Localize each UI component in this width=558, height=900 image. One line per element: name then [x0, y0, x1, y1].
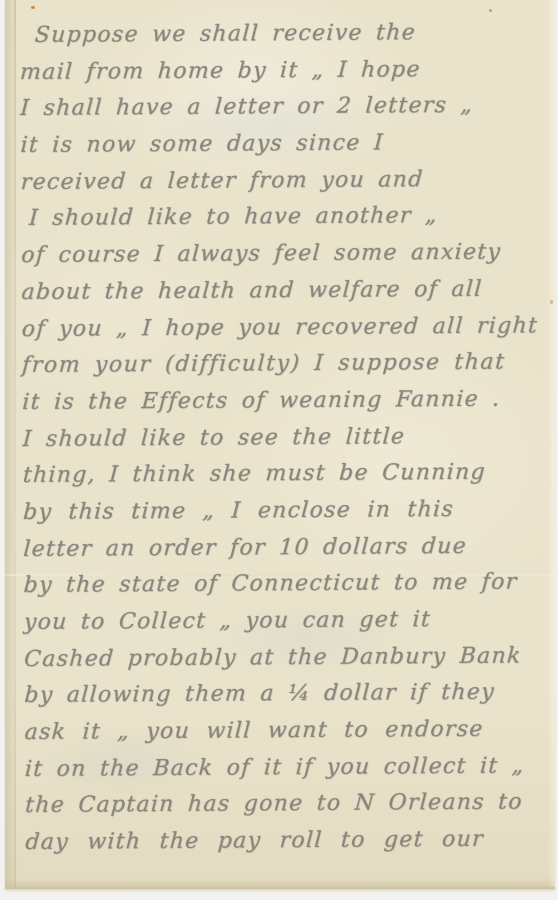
letter-page: Suppose we shall receive the mail from h…	[5, 0, 555, 889]
letter-line: you to Collect „ you can get it	[22, 606, 557, 646]
letter-line: it on the Back of it if you collect it „	[23, 753, 558, 793]
letter-line: from your (difficulty) I suppose that	[21, 349, 556, 389]
letter-line: I should like to see the little	[21, 423, 556, 463]
letter-body: Suppose we shall receive the mail from h…	[18, 19, 557, 867]
paper-crease	[14, 0, 16, 887]
letter-line: received a letter from you and	[19, 166, 554, 206]
letter-line: of course I always feel some anxiety	[20, 239, 555, 279]
letter-line: mail from home by it „ I hope	[19, 56, 554, 96]
letter-line: of you „ I hope you recovered all right	[20, 313, 555, 353]
letter-line: by this time „ I enclose in this	[22, 496, 557, 536]
letter-line: it is now some days since I	[19, 129, 554, 169]
letter-line: the Captain has gone to N Orleans to	[24, 790, 558, 830]
letter-line: it is the Effects of weaning Fannie .	[21, 386, 556, 426]
letter-line: thing, I think she must be Cunning	[21, 460, 556, 500]
letter-line: I shall have a letter or 2 letters „	[19, 93, 554, 133]
letter-line: I should like to have another „	[20, 203, 555, 243]
letter-line: about the health and welfare of all	[20, 276, 555, 316]
letter-line: Suppose we shall receive the	[18, 19, 553, 59]
letter-line: Cashed probably at the Danbury Bank	[23, 643, 558, 683]
letter-scan: Suppose we shall receive the mail from h…	[0, 0, 558, 900]
paper-stain	[489, 9, 492, 12]
letter-line: letter an order for 10 dollars due	[22, 533, 557, 573]
letter-line: ask it „ you will want to endorse	[23, 716, 558, 756]
paper-stain	[31, 6, 35, 9]
letter-line: by the state of Connecticut to me for	[22, 570, 557, 610]
letter-line: day with the pay roll to get our	[24, 826, 558, 866]
letter-line: by allowing them a ¼ dollar if they	[23, 680, 558, 720]
